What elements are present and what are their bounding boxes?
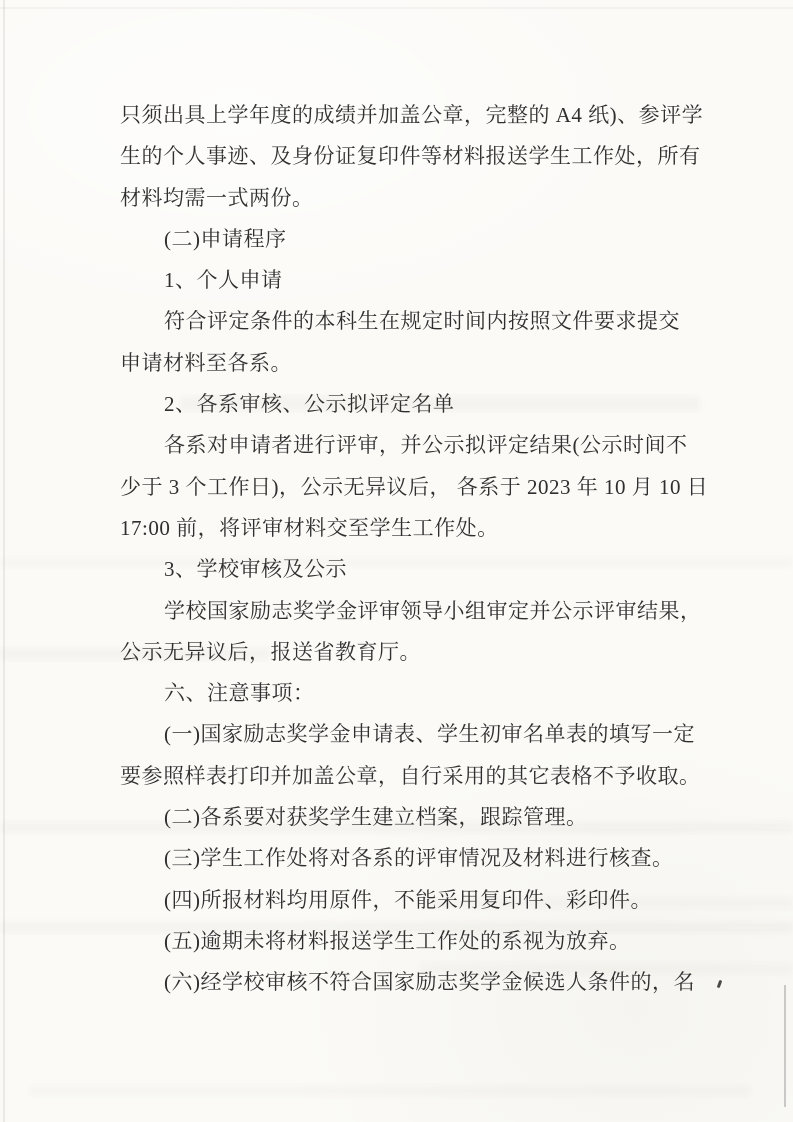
- text-line: (六)经学校审核不符合国家励志奖学金候选人条件的，名: [120, 962, 720, 1003]
- text-line: 各系对申请者进行评审，并公示拟评定结果(公示时间不: [120, 425, 720, 466]
- text-line: 申请材料至各系。: [120, 343, 720, 384]
- text-line: 2、各系审核、公示拟评定名单: [120, 384, 720, 425]
- text-line: (四)所报材料均用原件，不能采用复印件、彩印件。: [120, 880, 720, 921]
- text-line: (一)国家励志奖学金申请表、学生初审名单表的填写一定: [120, 714, 720, 755]
- text-line: 生的个人事迹、及身份证复印件等材料报送学生工作处，所有: [120, 136, 720, 177]
- text-line: 材料均需一式两份。: [120, 178, 720, 219]
- text-line: (三)学生工作处将对各系的评审情况及材料进行核查。: [120, 838, 720, 879]
- text-line: 1、个人申请: [120, 260, 720, 301]
- text-line: (五)逾期未将材料报送学生工作处的系视为放弃。: [120, 921, 720, 962]
- text-line: (二)各系要对获奖学生建立档案，跟踪管理。: [120, 797, 720, 838]
- text-line: 要参照样表打印并加盖公章，自行采用的其它表格不予收取。: [120, 756, 720, 797]
- document-page: 只须出具上学年度的成绩并加盖公章，完整的 A4 纸)、参评学生的个人事迹、及身份…: [0, 0, 793, 1122]
- document-body: 只须出具上学年度的成绩并加盖公章，完整的 A4 纸)、参评学生的个人事迹、及身份…: [120, 95, 720, 1004]
- scan-artifact: [30, 1086, 750, 1096]
- text-line: 六、注意事项：: [120, 673, 720, 714]
- text-line: 少于 3 个工作日)，公示无异议后， 各系于 2023 年 10 月 10 日: [120, 467, 720, 508]
- scan-edge-left: [3, 0, 5, 1122]
- text-line: 符合评定条件的本科生在规定时间内按照文件要求提交: [120, 301, 720, 342]
- text-line: 公示无异议后，报送省教育厅。: [120, 632, 720, 673]
- scan-edge-top: [0, 7, 793, 9]
- scan-edge-right: [784, 985, 786, 1107]
- text-line: 17:00 前，将评审材料交至学生工作处。: [120, 508, 720, 549]
- text-line: 3、学校审核及公示: [120, 549, 720, 590]
- text-line: (二)申请程序: [120, 219, 720, 260]
- text-line: 只须出具上学年度的成绩并加盖公章，完整的 A4 纸)、参评学: [120, 95, 720, 136]
- text-line: 学校国家励志奖学金评审领导小组审定并公示评审结果，: [120, 591, 720, 632]
